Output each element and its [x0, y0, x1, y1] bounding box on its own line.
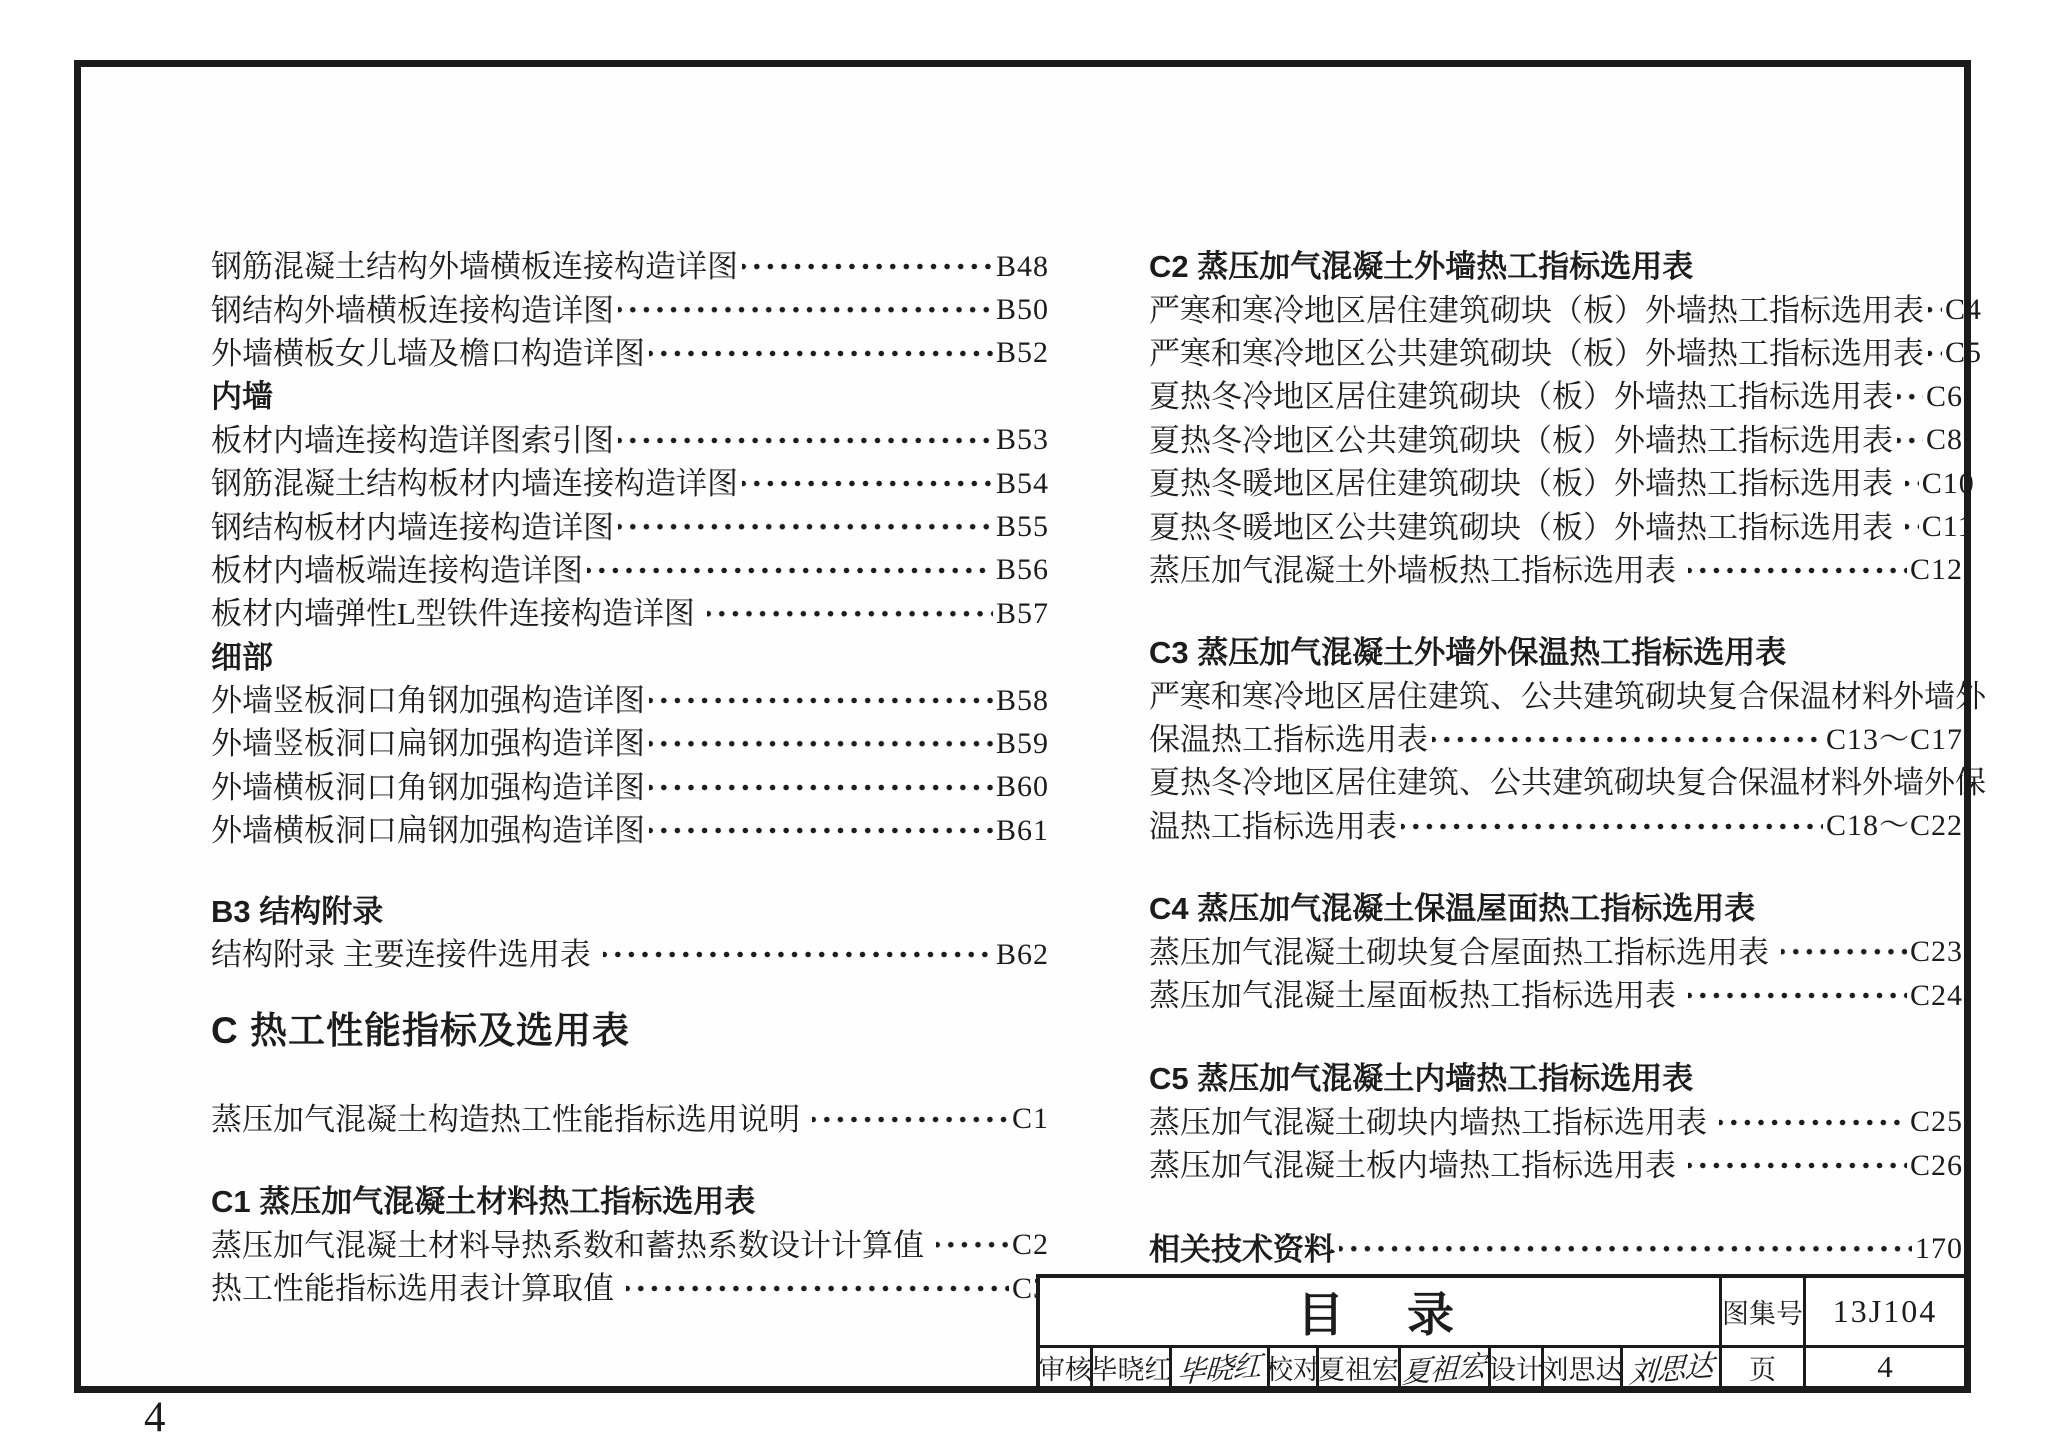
toc-entry-text: 钢结构板材内墙连接构造详图 [211, 512, 614, 543]
toc-entry-text: 内墙 [211, 381, 273, 412]
dot-leader [742, 462, 993, 505]
dot-leader [1401, 805, 1823, 848]
toc-entry-text: 蒸压加气混凝土材料导热系数和蓄热系数设计计算值 [211, 1230, 932, 1261]
toc-entry: 夏热冬暖地区公共建筑砌块（板）外墙热工指标选用表 C11 [1149, 505, 1963, 548]
dot-leader [1688, 549, 1907, 592]
toc-entry-page: C11 [1922, 512, 1974, 542]
dot-leader [649, 766, 993, 809]
toc-entry-text: 夏热冬冷地区居住建筑砌块（板）外墙热工指标选用表 [1149, 381, 1893, 412]
toc-entry: 外墙竖板洞口角钢加强构造详图B58 [211, 679, 1049, 722]
dot-leader [1688, 974, 1907, 1017]
proofreader-signature: 夏祖宏 [1398, 1345, 1488, 1386]
toc-entry-text: C2 蒸压加气混凝土外墙热工指标选用表 [1149, 251, 1693, 282]
reviewer-signature: 毕晓红 [1169, 1345, 1267, 1386]
dot-leader [1905, 505, 1919, 548]
dot-leader [618, 288, 993, 331]
dot-leader [1688, 1144, 1907, 1187]
toc-entry-text: 外墙横板洞口角钢加强构造详图 [211, 772, 645, 803]
toc-entry-page: B61 [996, 816, 1049, 846]
toc-entry-page: C2 [1012, 1230, 1049, 1260]
toc-entry-page: C8 [1926, 425, 1963, 455]
toc-entry: 保温热工指标选用表C13～C17 [1149, 718, 1963, 761]
toc-entry-text: 板材内墙连接构造详图索引图 [211, 425, 614, 456]
toc-page: { "colors":{"ink":"#1c1c1c","paper":"#ff… [0, 0, 2048, 1456]
atlas-number-label: 图集号 [1719, 1278, 1803, 1345]
dot-leader [707, 592, 993, 635]
toc-entry: 外墙横板洞口角钢加强构造详图B60 [211, 766, 1049, 809]
toc-section-heading: C5 蒸压加气混凝土内墙热工指标选用表 [1149, 1057, 1963, 1100]
toc-entry: 钢筋混凝土结构外墙横板连接构造详图B48 [211, 245, 1049, 288]
toc-entry-text: 板材内墙弹性L型铁件连接构造详图 [211, 598, 703, 629]
dot-leader [603, 933, 993, 976]
toc-entry: 夏热冬冷地区居住建筑砌块（板）外墙热工指标选用表C6 [1149, 375, 1963, 418]
toc-entry-page: B52 [996, 338, 1049, 368]
toc-entry-page: B54 [996, 469, 1049, 499]
toc-subheading: 内墙 [211, 375, 1049, 418]
toc-entry-text: 结构附录 主要连接件选用表 [211, 939, 599, 970]
toc-entry-text: 蒸压加气混凝土构造热工性能指标选用说明 [211, 1104, 808, 1135]
toc-section-gap [211, 852, 1049, 889]
dot-leader [812, 1098, 1009, 1141]
toc-entry-text: 钢结构外墙横板连接构造详图 [211, 295, 614, 326]
toc-entry-page: C5 [1945, 338, 1982, 368]
toc-entry-text: 钢筋混凝土结构板材内墙连接构造详图 [211, 468, 738, 499]
page-number-value: 4 [1803, 1345, 1964, 1386]
toc-entry-text: 钢筋混凝土结构外墙横板连接构造详图 [211, 251, 738, 282]
toc-entry: 夏热冬冷地区公共建筑砌块（板）外墙热工指标选用表C8 [1149, 419, 1963, 462]
toc-entry-page: C26 [1910, 1151, 1963, 1181]
atlas-number-value: 13J104 [1803, 1278, 1964, 1345]
toc-entry-page: B50 [996, 295, 1049, 325]
toc-entry-text: 严寒和寒冷地区居住建筑砌块（板）外墙热工指标选用表 [1149, 295, 1924, 326]
toc-entry: 蒸压加气混凝土外墙板热工指标选用表 C12 [1149, 549, 1963, 592]
toc-entry-text: 夏热冬暖地区居住建筑砌块（板）外墙热工指标选用表 [1149, 468, 1901, 499]
reviewer-signature-text: 毕晓红 [1177, 1343, 1263, 1392]
toc-section-gap [1149, 592, 1963, 631]
title-block: 目 录 图集号 13J104 审核 毕晓红 毕晓红 校对 夏祖宏 夏祖宏 设计 … [1036, 1274, 1964, 1386]
page-border-frame: 钢筋混凝土结构外墙横板连接构造详图B48钢结构外墙横板连接构造详图B50外墙横板… [74, 60, 1971, 1393]
reviewer-name: 毕晓红 [1090, 1345, 1169, 1386]
dot-leader [1432, 718, 1823, 761]
toc-entry-text: 热工性能指标选用表计算取值 [211, 1273, 622, 1304]
toc-entry-text: 蒸压加气混凝土外墙板热工指标选用表 [1149, 555, 1684, 586]
dot-leader [1719, 1101, 1907, 1144]
toc-section-heading: C1 蒸压加气混凝土材料热工指标选用表 [211, 1180, 1049, 1223]
proofreader-signature-text: 夏祖宏 [1402, 1343, 1488, 1392]
toc-entry-page: B56 [996, 555, 1049, 585]
toc-entry-page: B60 [996, 772, 1049, 802]
dot-leader [742, 245, 993, 288]
toc-entry-text: 外墙横板洞口扁钢加强构造详图 [211, 815, 645, 846]
toc-entry-page: B53 [996, 425, 1049, 455]
toc-entry-text: 蒸压加气混凝土屋面板热工指标选用表 [1149, 980, 1684, 1011]
toc-entry-page: C25 [1910, 1107, 1963, 1137]
review-label: 审核 [1040, 1345, 1090, 1386]
designer-signature-text: 刘思达 [1628, 1343, 1714, 1392]
toc-part-heading: C 热工性能指标及选用表 [211, 1009, 1049, 1052]
toc-entry-text: 相关技术资料 [1149, 1234, 1335, 1265]
toc-entry: 外墙横板女儿墙及檐口构造详图B52 [211, 332, 1049, 375]
toc-section-heading: B3 结构附录 [211, 889, 1049, 932]
toc-section-heading: C4 蒸压加气混凝土保温屋面热工指标选用表 [1149, 887, 1963, 930]
toc-subheading: 细部 [211, 636, 1049, 679]
toc-entry-text: 保温热工指标选用表 [1149, 724, 1428, 755]
toc-entry: 蒸压加气混凝土构造热工性能指标选用说明 C1 [211, 1098, 1049, 1141]
toc-section-gap [1149, 1187, 1963, 1227]
dot-leader [1897, 419, 1923, 462]
toc-section-gap [1149, 848, 1963, 887]
toc-entry-text: 蒸压加气混凝土砌块复合屋面热工指标选用表 [1149, 937, 1777, 968]
toc-entry-text: 板材内墙板端连接构造详图 [211, 555, 583, 586]
toc-entry: 钢结构外墙横板连接构造详图B50 [211, 288, 1049, 331]
page-label: 页 [1719, 1345, 1803, 1386]
dot-leader [1897, 375, 1923, 418]
dot-leader [626, 1267, 1009, 1310]
toc-entry-text: C1 蒸压加气混凝土材料热工指标选用表 [211, 1186, 755, 1217]
toc-section-gap [211, 1141, 1049, 1180]
toc-entry-text: 细部 [211, 642, 273, 673]
dot-leader [1928, 332, 1942, 375]
toc-section-heading: C2 蒸压加气混凝土外墙热工指标选用表 [1149, 245, 1963, 288]
dot-leader [618, 505, 993, 548]
toc-entry-page: B48 [996, 252, 1049, 282]
toc-entry-page: B58 [996, 686, 1049, 716]
toc-entry: 钢结构板材内墙连接构造详图B55 [211, 505, 1049, 548]
title-block-title: 目 录 [1040, 1278, 1719, 1345]
designer-signature: 刘思达 [1620, 1345, 1719, 1386]
toc-entry-text: 夏热冬冷地区公共建筑砌块（板）外墙热工指标选用表 [1149, 425, 1893, 456]
toc-entry-page: C24 [1910, 981, 1963, 1011]
toc-entry: 热工性能指标选用表计算取值 C3 [211, 1267, 1049, 1310]
toc-entry: 结构附录 主要连接件选用表 B62 [211, 933, 1049, 976]
toc-entry-text: C4 蒸压加气混凝土保温屋面热工指标选用表 [1149, 893, 1755, 924]
toc-entry-text: 外墙竖板洞口扁钢加强构造详图 [211, 728, 645, 759]
dot-leader [649, 679, 993, 722]
design-label: 设计 [1488, 1345, 1541, 1386]
toc-entry: 板材内墙弹性L型铁件连接构造详图 B57 [211, 592, 1049, 635]
toc-entry-text: C 热工性能指标及选用表 [211, 1012, 630, 1049]
toc-entry-text: C3 蒸压加气混凝土外墙外保温热工指标选用表 [1149, 637, 1786, 668]
toc-entry: 严寒和寒冷地区公共建筑砌块（板）外墙热工指标选用表C5 [1149, 332, 1963, 375]
designer-name: 刘思达 [1541, 1345, 1620, 1386]
toc-entry: 夏热冬冷地区居住建筑、公共建筑砌块复合保温材料外墙外保 [1149, 761, 1963, 804]
toc-entry: 板材内墙板端连接构造详图B56 [211, 549, 1049, 592]
toc-entry-page: B62 [996, 940, 1049, 970]
toc-entry-text: 严寒和寒冷地区居住建筑、公共建筑砌块复合保温材料外墙外 [1149, 681, 1986, 712]
toc-entry-page: C23 [1910, 937, 1963, 967]
toc-entry-text: C5 蒸压加气混凝土内墙热工指标选用表 [1149, 1063, 1693, 1094]
toc-entry-text: 外墙竖板洞口角钢加强构造详图 [211, 685, 645, 716]
toc-entry: 严寒和寒冷地区居住建筑砌块（板）外墙热工指标选用表C4 [1149, 288, 1963, 331]
toc-entry-page: B57 [996, 599, 1049, 629]
toc-entry: 钢筋混凝土结构板材内墙连接构造详图B54 [211, 462, 1049, 505]
toc-entry-page: C13～C17 [1826, 725, 1963, 755]
toc-section-gap [211, 1053, 1049, 1098]
proofreader-name: 夏祖宏 [1316, 1345, 1398, 1386]
toc-entry-text: 严寒和寒冷地区公共建筑砌块（板）外墙热工指标选用表 [1149, 338, 1924, 369]
dot-leader [1928, 288, 1942, 331]
toc-entry-text: 夏热冬冷地区居住建筑、公共建筑砌块复合保温材料外墙外保 [1149, 767, 1986, 798]
corner-page-number: 4 [144, 1396, 166, 1439]
toc-entry: 蒸压加气混凝土砌块内墙热工指标选用表 C25 [1149, 1101, 1963, 1144]
toc-entry-page: 170 [1915, 1234, 1963, 1264]
proof-label: 校对 [1267, 1345, 1316, 1386]
dot-leader [587, 549, 993, 592]
toc-entry-text: 蒸压加气混凝土砌块内墙热工指标选用表 [1149, 1107, 1715, 1138]
dot-leader [649, 809, 993, 852]
toc-entry-bold: 相关技术资料170 [1149, 1227, 1963, 1270]
toc-entry: 外墙横板洞口扁钢加强构造详图B61 [211, 809, 1049, 852]
toc-entry-text: 温热工指标选用表 [1149, 811, 1397, 842]
toc-section-gap [211, 976, 1049, 1009]
toc-section-heading: C3 蒸压加气混凝土外墙外保温热工指标选用表 [1149, 631, 1963, 674]
toc-entry-page: C18～C22 [1826, 811, 1963, 841]
toc-entry-page: B55 [996, 512, 1049, 542]
toc-entry-page: C1 [1012, 1104, 1049, 1134]
dot-leader [1339, 1227, 1912, 1270]
dot-leader [1905, 462, 1919, 505]
dot-leader [936, 1223, 1009, 1266]
toc-entry: 板材内墙连接构造详图索引图B53 [211, 419, 1049, 462]
dot-leader [649, 332, 993, 375]
dot-leader [649, 722, 993, 765]
toc-entry: 蒸压加气混凝土材料导热系数和蓄热系数设计计算值 C2 [211, 1223, 1049, 1266]
toc-entry-text: 外墙横板女儿墙及檐口构造详图 [211, 338, 645, 369]
toc-entry: 严寒和寒冷地区居住建筑、公共建筑砌块复合保温材料外墙外 [1149, 675, 1963, 718]
toc-entry: 温热工指标选用表C18～C22 [1149, 805, 1963, 848]
toc-entry-page: C6 [1926, 382, 1963, 412]
toc-entry-text: 蒸压加气混凝土板内墙热工指标选用表 [1149, 1150, 1684, 1181]
toc-entry: 夏热冬暖地区居住建筑砌块（板）外墙热工指标选用表 C10 [1149, 462, 1963, 505]
toc-entry: 外墙竖板洞口扁钢加强构造详图B59 [211, 722, 1049, 765]
toc-section-gap [1149, 1017, 1963, 1057]
toc-entry-page: C4 [1945, 295, 1982, 325]
toc-right-column: C2 蒸压加气混凝土外墙热工指标选用表严寒和寒冷地区居住建筑砌块（板）外墙热工指… [1149, 245, 1963, 1271]
toc-entry-page: C12 [1910, 555, 1963, 585]
toc-entry-text: 夏热冬暖地区公共建筑砌块（板）外墙热工指标选用表 [1149, 512, 1901, 543]
toc-entry: 蒸压加气混凝土砌块复合屋面热工指标选用表 C23 [1149, 930, 1963, 973]
toc-entry: 蒸压加气混凝土板内墙热工指标选用表 C26 [1149, 1144, 1963, 1187]
toc-entry: 蒸压加气混凝土屋面板热工指标选用表 C24 [1149, 974, 1963, 1017]
toc-left-column: 钢筋混凝土结构外墙横板连接构造详图B48钢结构外墙横板连接构造详图B50外墙横板… [211, 245, 1049, 1310]
toc-entry-text: B3 结构附录 [211, 896, 383, 927]
dot-leader [618, 419, 993, 462]
toc-entry-page: C10 [1922, 469, 1975, 499]
toc-entry-page: B59 [996, 729, 1049, 759]
dot-leader [1781, 930, 1907, 973]
